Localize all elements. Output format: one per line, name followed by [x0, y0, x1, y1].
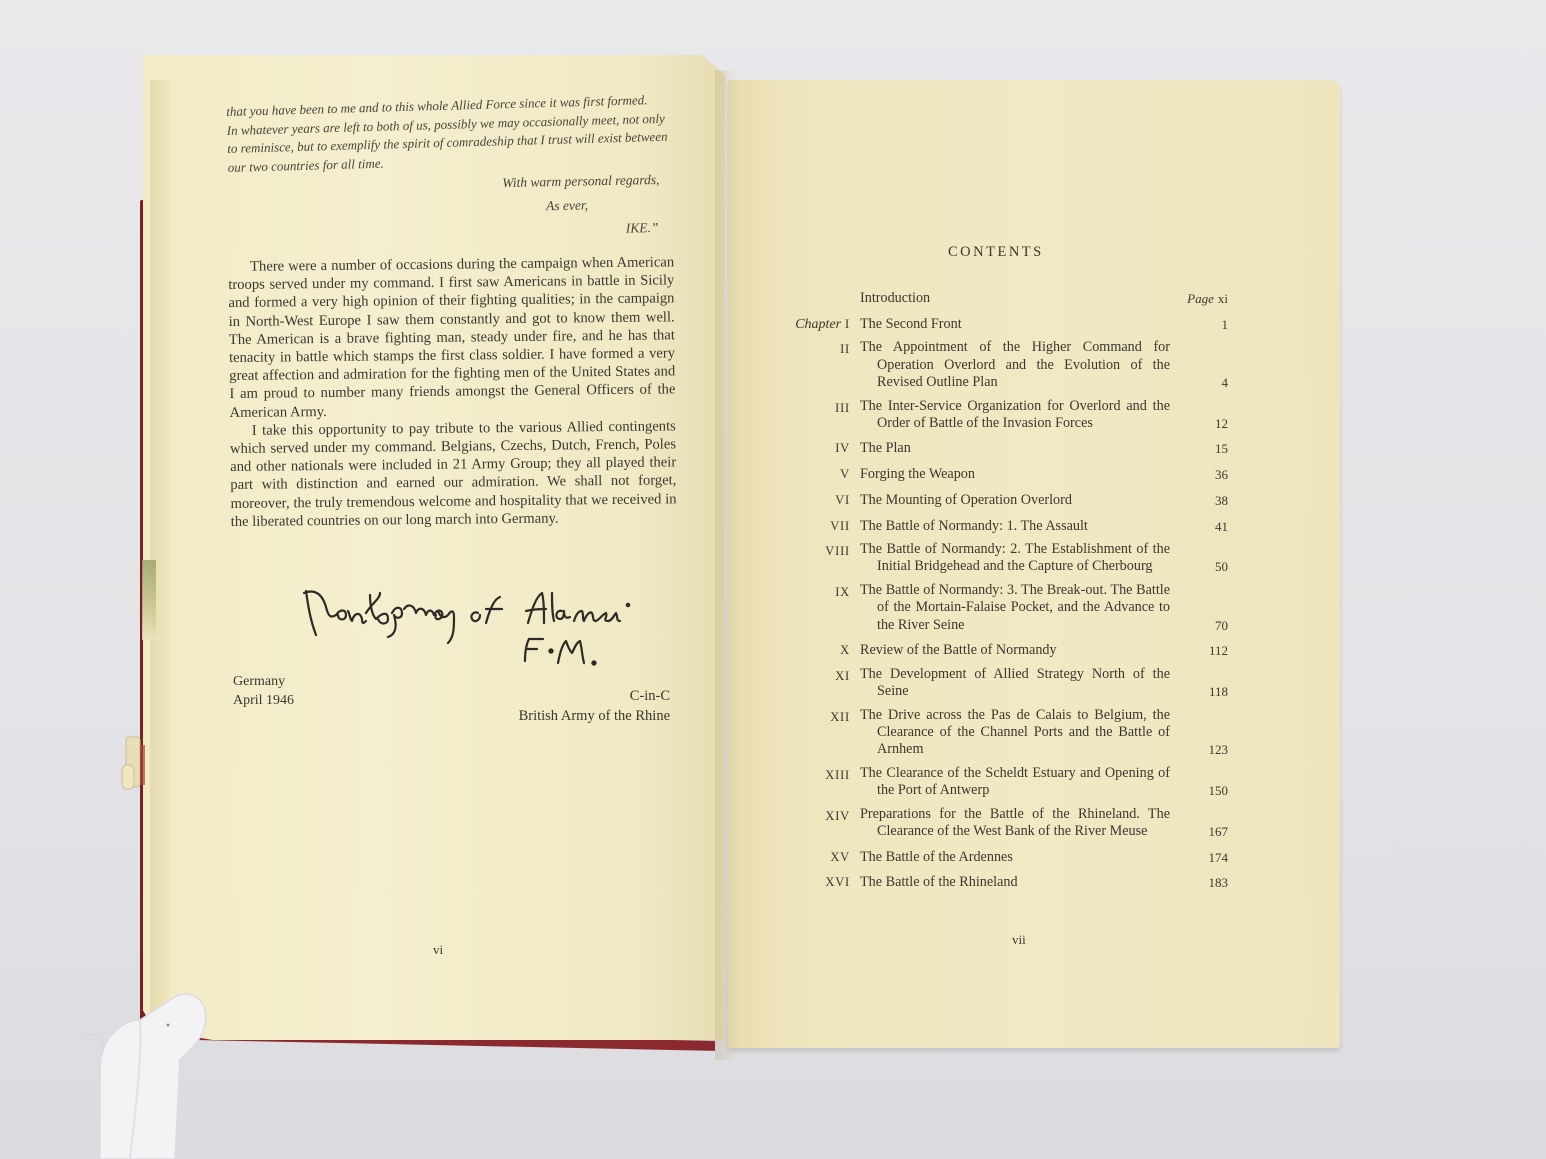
- toc-entry[interactable]: IX The Battle of Normandy: 3. The Break-…: [780, 582, 1250, 634]
- spine-gutter: [715, 70, 739, 1060]
- toc-chapter-number: [780, 290, 860, 292]
- toc-page-number: 167: [1170, 823, 1250, 840]
- author-title: C-in-C British Army of the Rhine: [470, 686, 670, 726]
- toc-page-number: 41: [1170, 518, 1250, 535]
- toc-chapter-number: X: [780, 640, 860, 659]
- toc-entry[interactable]: XV The Battle of the Ardennes 174: [780, 847, 1250, 866]
- toc-entry[interactable]: Introduction Pagexi: [780, 290, 1250, 307]
- toc-chapter-number: VI: [780, 490, 860, 509]
- toc-chapter-number: IV: [780, 438, 860, 457]
- handwritten-signature: [300, 585, 690, 675]
- toc-page-number: Pagexi: [1170, 290, 1250, 307]
- toc-entry-title: The Battle of Normandy: 2. The Establish…: [860, 541, 1170, 575]
- toc-entry-title: The Battle of the Rhineland: [860, 874, 1170, 891]
- toc-chapter-number: XI: [780, 666, 860, 685]
- toc-page-number: 15: [1170, 440, 1250, 457]
- signoff-name: IKE.”: [440, 215, 680, 244]
- toc-entry-title: The Battle of the Ardennes: [860, 849, 1170, 866]
- signature-icon: [300, 585, 690, 675]
- toc-entry[interactable]: VIII The Battle of Normandy: 2. The Esta…: [780, 541, 1250, 575]
- toc-page-number: 4: [1170, 374, 1250, 391]
- date: April 1946: [233, 691, 294, 710]
- toc-entry-title: Review of the Battle of Normandy: [860, 642, 1170, 659]
- toc-entry-title: Preparations for the Battle of the Rhine…: [860, 806, 1170, 840]
- toc-page-number: 112: [1170, 642, 1250, 659]
- toc-chapter-number: XVI: [780, 872, 860, 891]
- signoff-regards: With warm personal regards,: [439, 167, 679, 196]
- toc-chapter-number: XII: [780, 707, 860, 726]
- toc-page-number: 50: [1170, 558, 1250, 575]
- toc-chapter-number: XIV: [780, 806, 860, 825]
- toc-entry-title: The Battle of Normandy: 3. The Break-out…: [860, 582, 1170, 634]
- torn-endpaper: [142, 560, 156, 640]
- toc-page-number: 70: [1170, 617, 1250, 634]
- toc-entry[interactable]: XIV Preparations for the Battle of the R…: [780, 806, 1250, 840]
- paragraph: I take this opportunity to pay tribute t…: [230, 417, 677, 531]
- toc-entry-title: Introduction: [860, 290, 1170, 307]
- toc-entry-title: The Battle of Normandy: 1. The Assault: [860, 518, 1170, 535]
- toc-chapter-number: XV: [780, 847, 860, 866]
- title-line-2: British Army of the Rhine: [470, 706, 670, 726]
- toc-page-number: 150: [1170, 782, 1250, 799]
- toc-entry[interactable]: XII The Drive across the Pas de Calais t…: [780, 707, 1250, 759]
- chapter-label: Chapter: [795, 317, 841, 332]
- letter-excerpt: that you have been to me and to this who…: [226, 90, 683, 177]
- gloved-hand-icon: [80, 980, 210, 1159]
- toc-page-number: 183: [1170, 874, 1250, 891]
- repair-tab: [120, 735, 150, 795]
- table-of-contents: Introduction Pagexi Chapter I The Second…: [780, 290, 1250, 898]
- paragraph: There were a number of occasions during …: [228, 253, 676, 421]
- toc-entry[interactable]: VI The Mounting of Operation Overlord 38: [780, 490, 1250, 509]
- toc-page-number: 118: [1170, 683, 1250, 700]
- toc-entry[interactable]: II The Appointment of the Higher Command…: [780, 339, 1250, 391]
- letter-signoff: With warm personal regards, As ever, IKE…: [439, 167, 680, 244]
- toc-chapter-number: V: [780, 464, 860, 483]
- toc-entry-title: Forging the Weapon: [860, 466, 1170, 483]
- toc-entry[interactable]: XVI The Battle of the Rhineland 183: [780, 872, 1250, 891]
- toc-entry-title: The Development of Allied Strategy North…: [860, 666, 1170, 700]
- toc-entry-title: The Inter-Service Organization for Overl…: [860, 398, 1170, 432]
- toc-chapter-number: II: [780, 339, 860, 358]
- toc-chapter-number: VII: [780, 516, 860, 535]
- toc-page-number: 12: [1170, 415, 1250, 432]
- foreword-body: There were a number of occasions during …: [228, 253, 677, 531]
- place-and-date: Germany April 1946: [233, 672, 294, 710]
- toc-page-number: 38: [1170, 492, 1250, 509]
- page-label: Page: [1187, 291, 1214, 306]
- page-number-right: vii: [1012, 932, 1026, 948]
- toc-chapter-number: XIII: [780, 765, 860, 784]
- toc-entry[interactable]: III The Inter-Service Organization for O…: [780, 398, 1250, 432]
- toc-chapter-number: IX: [780, 582, 860, 601]
- toc-page-number: 1: [1170, 316, 1250, 333]
- toc-entry-title: The Plan: [860, 440, 1170, 457]
- toc-page-number: 123: [1170, 741, 1250, 758]
- contents-heading: CONTENTS: [948, 244, 1044, 261]
- toc-entry-title: The Second Front: [860, 316, 1170, 333]
- toc-entry[interactable]: XIII The Clearance of the Scheldt Estuar…: [780, 765, 1250, 799]
- toc-entry-title: The Mounting of Operation Overlord: [860, 492, 1170, 509]
- title-line-1: C-in-C: [470, 686, 670, 706]
- place: Germany: [233, 672, 294, 691]
- toc-entry[interactable]: X Review of the Battle of Normandy 112: [780, 640, 1250, 659]
- toc-entry[interactable]: Chapter I The Second Front 1: [780, 314, 1250, 333]
- toc-entry-title: The Clearance of the Scheldt Estuary and…: [860, 765, 1170, 799]
- toc-chapter-number: Chapter I: [780, 314, 860, 333]
- page-stack-edge: [150, 80, 170, 1020]
- toc-entry[interactable]: IV The Plan 15: [780, 438, 1250, 457]
- toc-entry[interactable]: V Forging the Weapon 36: [780, 464, 1250, 483]
- toc-page-number: 174: [1170, 849, 1250, 866]
- toc-entry-title: The Drive across the Pas de Calais to Be…: [860, 707, 1170, 759]
- toc-entry[interactable]: XI The Development of Allied Strategy No…: [780, 666, 1250, 700]
- toc-entry[interactable]: VII The Battle of Normandy: 1. The Assau…: [780, 516, 1250, 535]
- page-number-left: vi: [433, 942, 443, 958]
- toc-entry-title: The Appointment of the Higher Command fo…: [860, 339, 1170, 391]
- toc-chapter-number: III: [780, 398, 860, 417]
- toc-page-number: 36: [1170, 466, 1250, 483]
- toc-chapter-number: VIII: [780, 541, 860, 560]
